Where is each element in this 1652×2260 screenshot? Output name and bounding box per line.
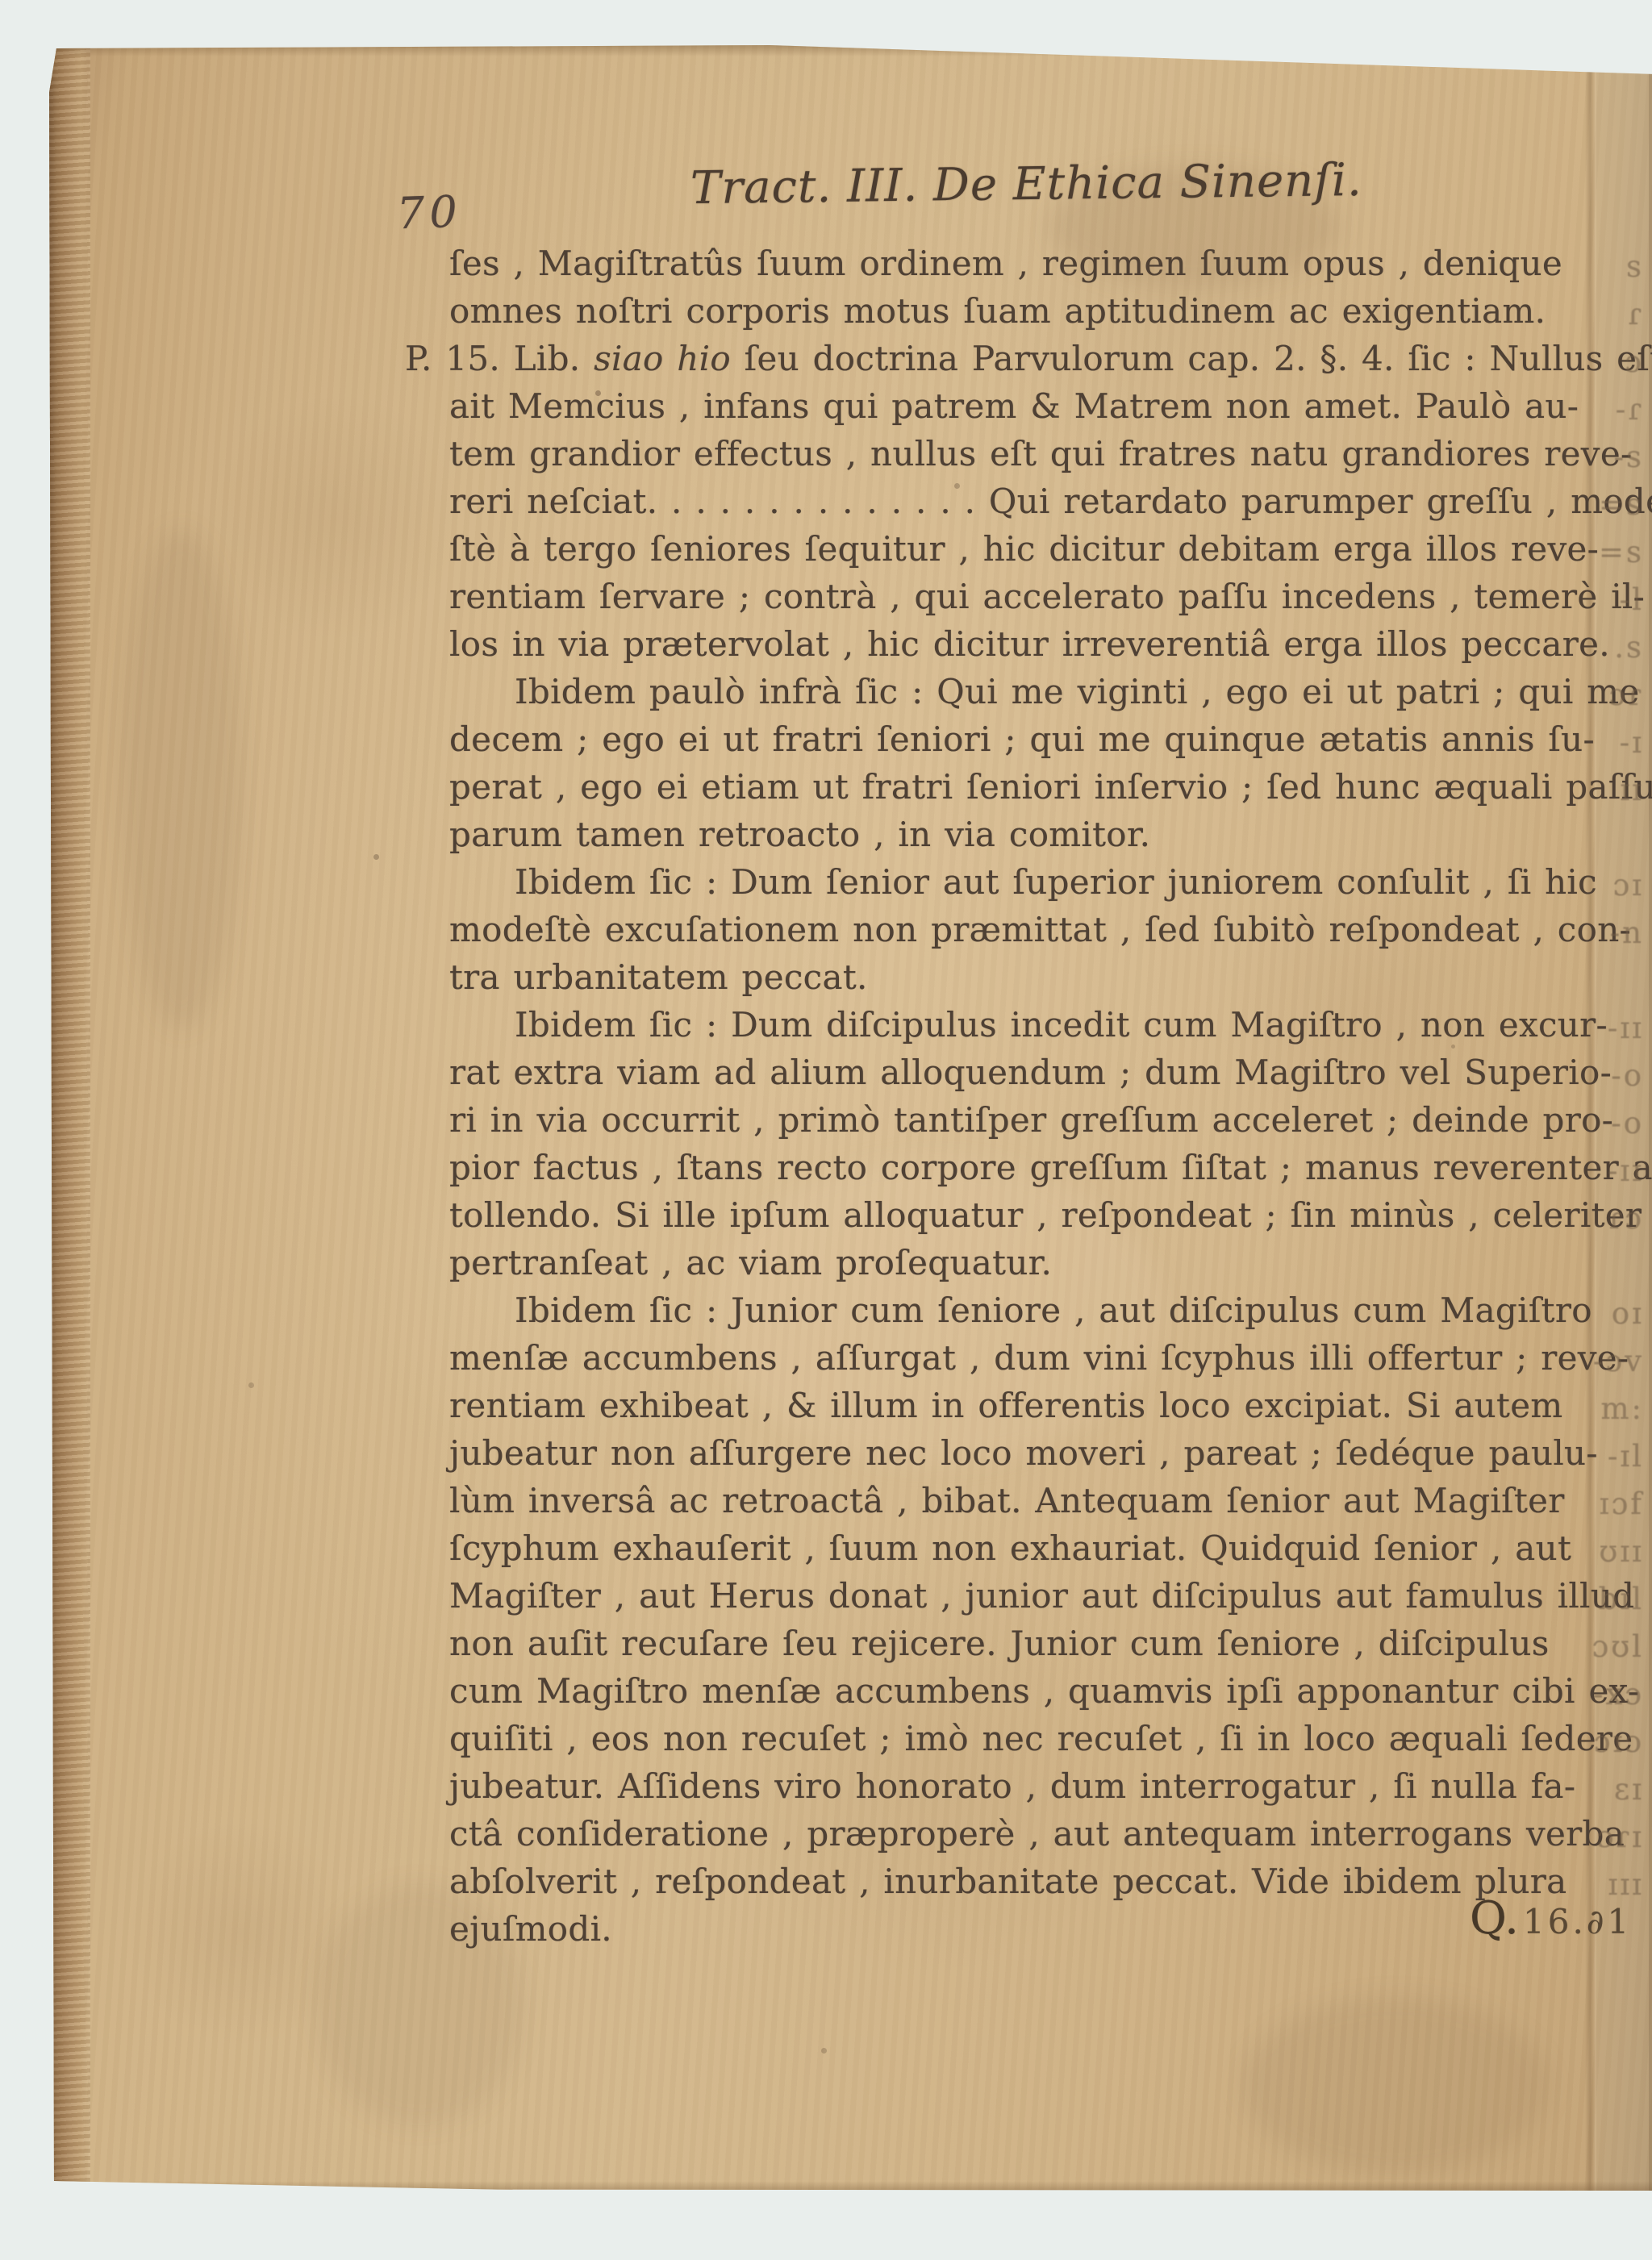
- line-text: P. 15. Lib. siao hio ſeu doctrina Parvul…: [405, 339, 1652, 378]
- text-line: pertranſeat , ac viam proſequatur.: [403, 1243, 1646, 1291]
- ink-showthrough-marks: -n: [1610, 915, 1644, 950]
- line-text: rentiam ſervare ; contrà , qui accelerat…: [449, 577, 1645, 616]
- text-line: Magiſter , aut Herus donat , junior aut …: [403, 1576, 1646, 1624]
- ink-showthrough-marks: ɔɾɪ: [1597, 1820, 1644, 1854]
- line-text: tollendo. Si ille ipſum alloquatur , reſ…: [449, 1195, 1642, 1235]
- ink-showthrough-marks: -ɾ: [1616, 392, 1644, 427]
- ink-showthrough-marks: ɔɪɔ: [1594, 1724, 1644, 1759]
- text-line: ri in via occurrit , primò tantiſper gre…: [403, 1100, 1646, 1148]
- text-line: rentiam ſervare ; contrà , qui accelerat…: [403, 577, 1646, 624]
- text-line: Ibidem ſic : Dum ſenior aut ſuperior jun…: [403, 862, 1646, 910]
- text-line: rat extra viam ad alium alloquendum ; du…: [403, 1053, 1646, 1100]
- ink-showthrough-marks: ɪɔf: [1600, 1487, 1644, 1521]
- line-text: reri neſciat. . . . . . . . . . . . . . …: [449, 482, 1652, 521]
- ink-showthrough-marks: s: [1626, 249, 1644, 284]
- ink-showthrough-marks: ɛɪ: [1614, 1772, 1644, 1807]
- text-line: non auſit recuſare ſeu rejicere. Junior …: [403, 1624, 1646, 1671]
- text-line: Ibidem ſic : Dum diſcipulus incedit cum …: [403, 1005, 1646, 1053]
- paper-specks: [48, 45, 51, 48]
- line-text: Ibidem paulò infrà ſic : Qui me viginti …: [515, 672, 1640, 711]
- line-text: rentiam exhibeat , & illum in offerentis…: [449, 1386, 1562, 1425]
- line-text: tra urbanitatem peccat.: [449, 957, 868, 997]
- line-text: omnes noſtri corporis motus ſuam aptitud…: [449, 291, 1546, 331]
- line-text: pior factus , ſtans recto corpore greſſu…: [449, 1148, 1652, 1187]
- signature-number: 16.∂1: [1523, 1902, 1632, 1941]
- ink-showthrough-marks: -ɔv: [1593, 1344, 1644, 1378]
- line-text: tem grandior effectus , nullus eſt qui f…: [449, 434, 1632, 473]
- line-text: lùm inversâ ac retroactâ , bibat. Antequ…: [449, 1481, 1565, 1520]
- line-text: Magiſter , aut Herus donat , junior aut …: [449, 1576, 1634, 1616]
- paper-stain: [1242, 1997, 1549, 2175]
- line-text: ſtè à tergo ſeniores ſequitur , hic dici…: [449, 529, 1599, 569]
- text-line: pior factus , ſtans recto corpore greſſu…: [403, 1148, 1646, 1195]
- text-line: decem ; ego ei ut fratri ſeniori ; qui m…: [403, 719, 1646, 767]
- text-line: ſcyphum exhauſerit , ſuum non exhauriat.…: [403, 1528, 1646, 1576]
- ink-showthrough-marks: =s: [1599, 535, 1644, 569]
- text-line: lùm inversâ ac retroactâ , bibat. Antequ…: [403, 1481, 1646, 1528]
- text-line: tollendo. Si ille ipſum alloquatur , reſ…: [403, 1195, 1646, 1243]
- ink-showthrough-marks: -o: [1611, 1106, 1644, 1140]
- line-text: modeſtè excuſationem non præmittat , ſed…: [449, 910, 1631, 949]
- line-text: ſes , Magiſtratûs ſuum ordinem , regimen…: [449, 244, 1562, 283]
- text-line: perat , ego ei etiam ut fratri ſeniori i…: [403, 767, 1646, 815]
- text-line: jubeatur. Aſſidens viro honorato , dum i…: [403, 1766, 1646, 1814]
- ink-showthrough-marks: ɾ: [1628, 297, 1644, 331]
- text-line: ait Memcius , infans qui patrem & Matrem…: [403, 386, 1646, 434]
- ink-showthrough-marks: ɪɪ: [1620, 773, 1644, 807]
- line-text: non auſit recuſare ſeu rejicere. Junior …: [449, 1624, 1550, 1663]
- ink-showthrough-marks: bɪl: [1599, 1582, 1644, 1616]
- text-line: ſes , Magiſtratûs ſuum ordinem , regimen…: [403, 244, 1646, 291]
- page-number: 70: [396, 186, 463, 240]
- ink-showthrough-marks: ɔɾ: [1609, 678, 1644, 712]
- ink-showthrough-marks: ʊɪɪ: [1599, 1534, 1644, 1569]
- line-text: ſcyphum exhauſerit , ſuum non exhauriat.…: [449, 1528, 1571, 1568]
- ink-showthrough-marks: -ɪɪ: [1608, 1011, 1644, 1045]
- line-text: parum tamen retroacto , in via comitor.: [449, 815, 1150, 854]
- ink-showthrough-marks: =s: [1599, 487, 1644, 522]
- line-text: jubeatur non aſſurgere nec loco moveri ,…: [449, 1433, 1598, 1473]
- text-line: rentiam exhibeat , & illum in offerentis…: [403, 1386, 1646, 1433]
- ink-showthrough-marks: -s: [1614, 440, 1645, 474]
- text-line: ctâ conſideratione , præproperè , aut an…: [403, 1814, 1646, 1862]
- line-text: jubeatur. Aſſidens viro honorato , dum i…: [449, 1766, 1575, 1806]
- line-text: quiſiti , eos non recuſet ; imò nec recu…: [449, 1719, 1633, 1758]
- text-line: parum tamen retroacto , in via comitor.: [403, 815, 1646, 862]
- text-line: Ibidem paulò infrà ſic : Qui me viginti …: [403, 672, 1646, 719]
- text-line: quiſiti , eos non recuſet ; imò nec recu…: [403, 1719, 1646, 1766]
- text-line: tem grandior effectus , nullus eſt qui f…: [403, 434, 1646, 482]
- ink-showthrough-marks: -ɪ: [1620, 725, 1644, 760]
- text-line: reri neſciat. . . . . . . . . . . . . . …: [403, 482, 1646, 529]
- line-text: decem ; ego ei ut fratri ſeniori ; qui m…: [449, 719, 1595, 759]
- line-text: Ibidem ſic : Dum diſcipulus incedit cum …: [515, 1005, 1608, 1045]
- line-text: ctâ conſideratione , præproperè , aut an…: [449, 1814, 1625, 1853]
- body-text-block: ſes , Magiſtratûs ſuum ordinem , regimen…: [403, 244, 1646, 1957]
- ink-showthrough-marks: -o: [1611, 1058, 1644, 1093]
- text-line: modeſtè excuſationem non præmittat , ſed…: [403, 910, 1646, 957]
- text-line: ſtè à tergo ſeniores ſequitur , hic dici…: [403, 529, 1646, 577]
- text-line: tra urbanitatem peccat.: [403, 957, 1646, 1005]
- line-text: menſæ accumbens , aſſurgat , dum vini ſc…: [449, 1338, 1629, 1378]
- text-line: cum Magiſtro menſæ accumbens , quamvis i…: [403, 1671, 1646, 1719]
- line-text: abſolverit , reſpondeat , inurbanitate p…: [449, 1862, 1567, 1901]
- signature-mark: Q. 16.∂1: [1470, 1892, 1632, 1945]
- line-text: ait Memcius , infans qui patrem & Matrem…: [449, 386, 1579, 426]
- text-line: abſolverit , reſpondeat , inurbanitate p…: [403, 1862, 1646, 1909]
- ink-showthrough-marks: oɪ: [1612, 1296, 1644, 1331]
- line-text: ri in via occurrit , primò tantiſper gre…: [449, 1100, 1613, 1140]
- scan-background: { "document": { "page_number": "70", "he…: [0, 0, 1652, 2260]
- line-text: rat extra viam ad alium alloquendum ; du…: [449, 1053, 1612, 1092]
- text-line: P. 15. Lib. siao hio ſeu doctrina Parvul…: [403, 339, 1646, 386]
- line-text: pertranſeat , ac viam proſequatur.: [449, 1243, 1052, 1282]
- ink-showthrough-marks: m:: [1600, 1391, 1644, 1426]
- page-left-binding-edge: [48, 45, 90, 2191]
- ink-showthrough-marks: .s: [1614, 630, 1644, 665]
- text-line: omnes noſtri corporis motus ſuam aptitud…: [403, 291, 1646, 339]
- line-text: perat , ego ei etiam ut fratri ſeniori i…: [449, 767, 1652, 807]
- signature-letter: Q.: [1470, 1892, 1519, 1945]
- text-line: los in via prætervolat , hic dicitur irr…: [403, 624, 1646, 672]
- line-text: Ibidem ſic : Junior cum ſeniore , aut di…: [515, 1291, 1592, 1330]
- text-line: menſæ accumbens , aſſurgat , dum vini ſc…: [403, 1338, 1646, 1386]
- line-text: los in via prætervolat , hic dicitur irr…: [449, 624, 1610, 664]
- line-text: cum Magiſtro menſæ accumbens , quamvis i…: [449, 1671, 1639, 1711]
- line-text: ejuſmodi.: [449, 1909, 612, 1949]
- text-line: ejuſmodi.: [403, 1909, 1646, 1957]
- paper-stain: [121, 529, 242, 1029]
- ink-showthrough-marks: ɔ: [1625, 344, 1644, 379]
- line-text: Ibidem ſic : Dum ſenior aut ſuperior jun…: [515, 862, 1597, 902]
- ink-showthrough-marks: -l: [1620, 582, 1644, 617]
- ink-showthrough-marks: -ɪɪ: [1608, 1153, 1644, 1188]
- ink-showthrough-marks: -ɪl: [1608, 1439, 1644, 1474]
- ink-showthrough-marks: ɾɔ: [1609, 1201, 1644, 1236]
- ink-showthrough-marks: -xɔ: [1593, 1677, 1644, 1712]
- ink-showthrough-marks: ɔɪ: [1612, 868, 1644, 903]
- text-line: Ibidem ſic : Junior cum ſeniore , aut di…: [403, 1291, 1646, 1338]
- text-line: jubeatur non aſſurgere nec loco moveri ,…: [403, 1433, 1646, 1481]
- ink-showthrough-marks: ɔʊl: [1592, 1629, 1645, 1664]
- running-header: Tract. III. De Ethica Sinenſi.: [690, 154, 1362, 215]
